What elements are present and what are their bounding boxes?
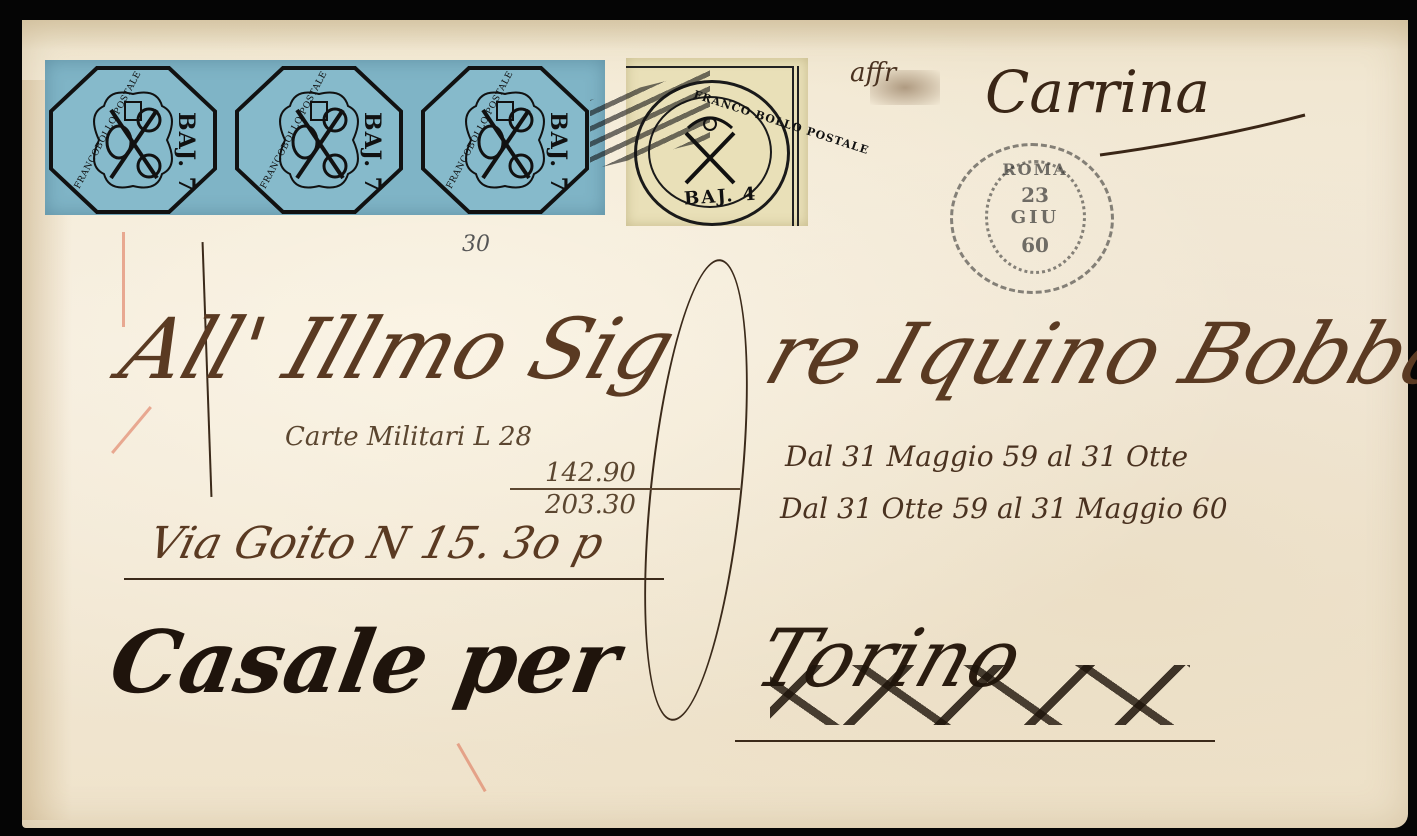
blue-stamp-1: BAJ. 7 FRANCOBOLLO POSTALE: [49, 66, 217, 214]
street-underline: [124, 578, 664, 580]
flourish-line: [1090, 100, 1320, 160]
stamp-value: BAJ. 7: [545, 112, 571, 193]
crossout-marks: [770, 665, 1190, 725]
blue-stamp-3: BAJ. 7 FRANCOBOLLO POSTALE: [421, 66, 589, 214]
account-note-2: 142.90: [545, 458, 636, 488]
period-note-1: Dal 31 Maggio 59 al 31 Otte: [785, 440, 1188, 473]
postmark-day: 23: [995, 183, 1075, 207]
stamp-value: BAJ. 7: [359, 112, 385, 193]
city-underline: [735, 740, 1215, 742]
pencil-note: 30: [462, 232, 490, 257]
red-crayon-mark: [122, 232, 125, 327]
blue-stamp-2: BAJ. 7 FRANCOBOLLO POSTALE: [235, 66, 403, 214]
envelope-top-fold: [22, 20, 1408, 50]
account-note-1: Carte Militari L 28: [285, 422, 532, 452]
addressee-line-1: All' Illmo Sig: [109, 300, 687, 398]
destination-redirect: Casale per: [103, 612, 627, 713]
account-note-3: 203.30: [545, 490, 636, 520]
handwritten-affr: affr: [850, 58, 896, 88]
period-note-2: Dal 31 Otte 59 al 31 Maggio 60: [780, 492, 1228, 525]
blue-stamp-strip: BAJ. 7 FRANCOBOLLO POSTALE BAJ. 7 FRANCO…: [45, 60, 605, 215]
postmark-year: 60: [995, 233, 1075, 257]
addressee-line-2: re Iquino Bobba: [754, 305, 1417, 403]
postmark-month: GIU: [995, 207, 1075, 228]
postmark-city: ROMA: [995, 160, 1075, 179]
stamp-value: BAJ. 7: [173, 112, 199, 193]
street-address: Via Goito N 15. 3o p: [144, 518, 609, 569]
